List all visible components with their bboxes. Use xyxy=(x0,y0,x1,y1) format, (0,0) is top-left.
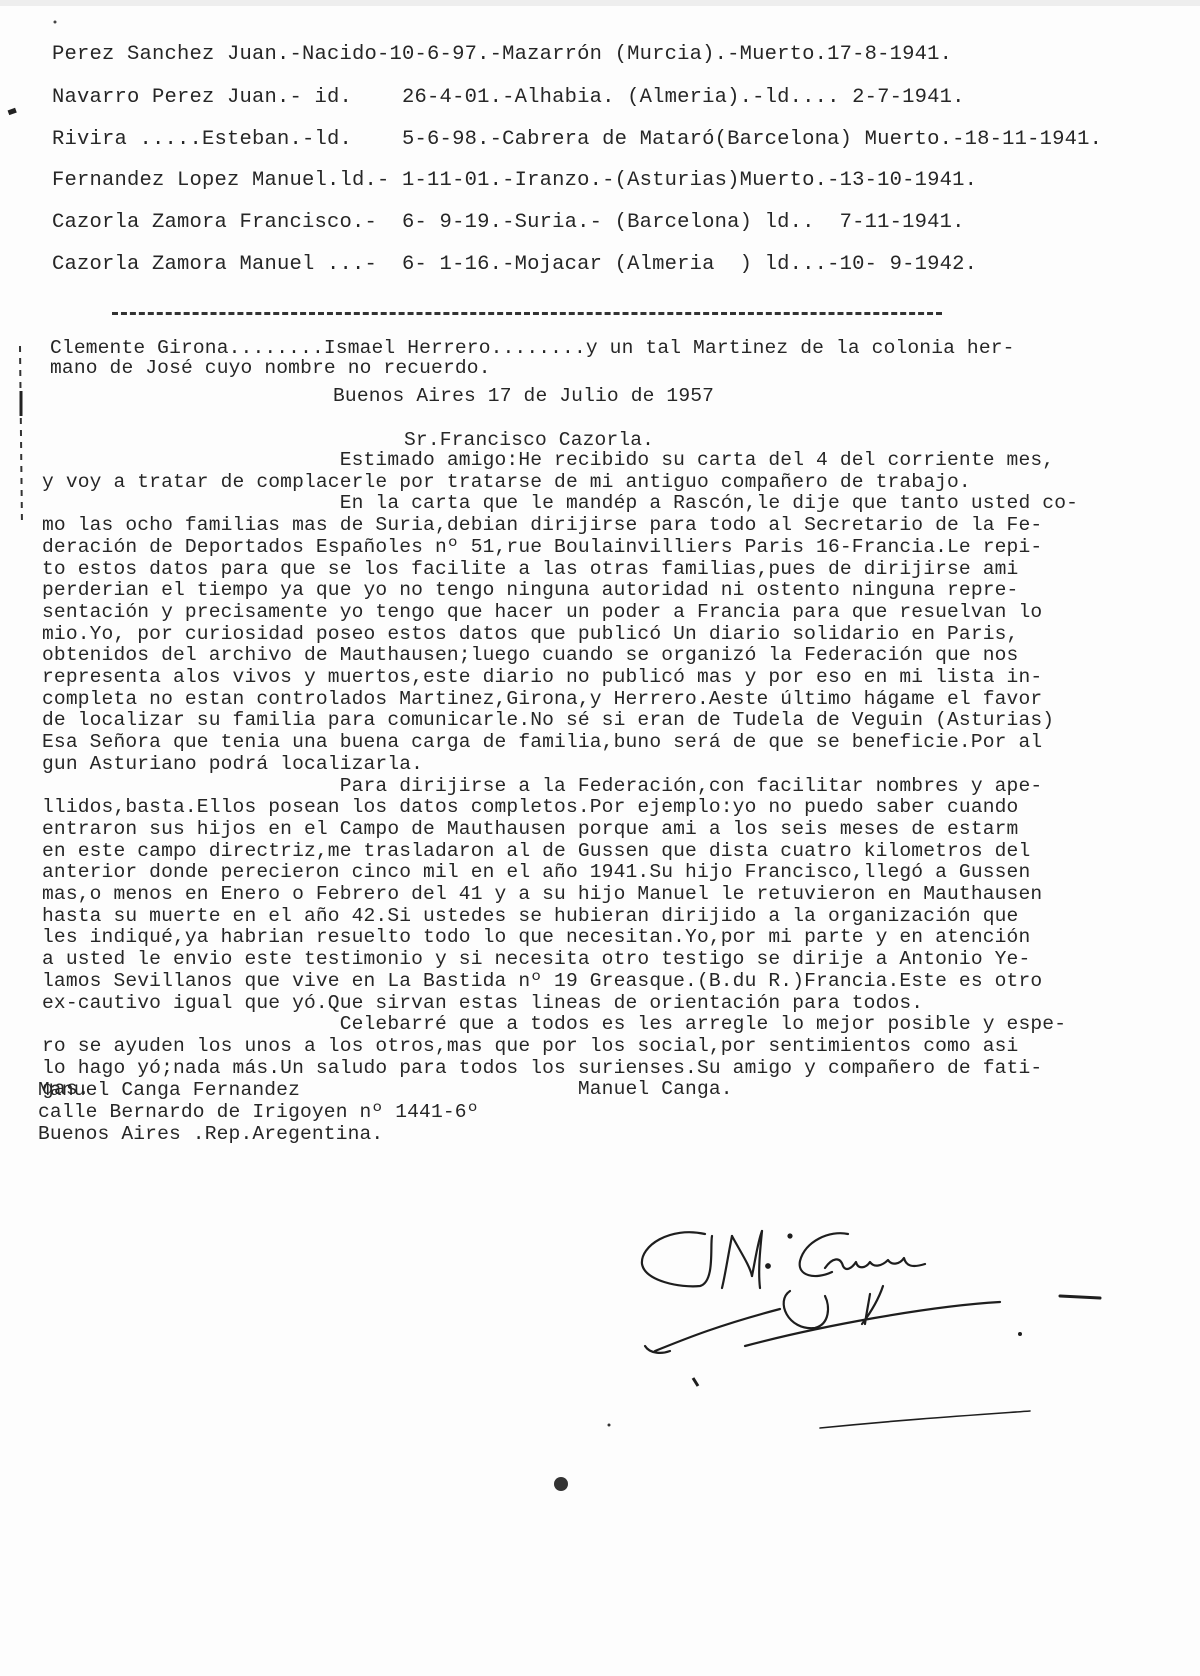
letter-page: Perez Sanchez Juan.-Nacido-10-6-97.-Maza… xyxy=(0,0,1200,1676)
scan-artifacts xyxy=(0,6,1200,1676)
